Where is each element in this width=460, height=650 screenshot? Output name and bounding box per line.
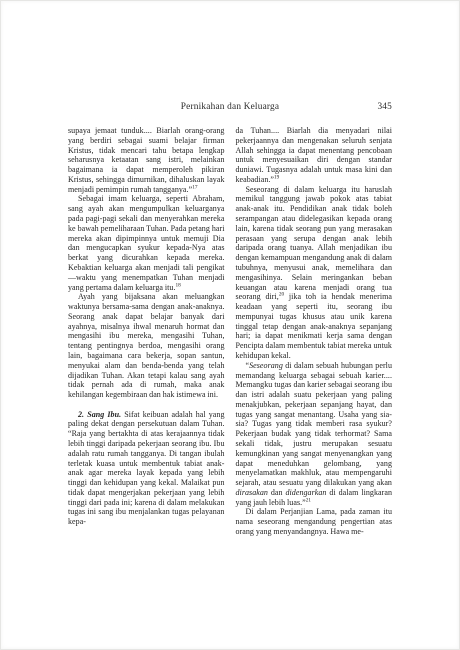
text-columns: supaya jemaat tunduk.... Biarlah orang-o…	[68, 126, 392, 537]
paragraph-right-4: Di dalam Perjanjian Lama, pada zaman itu…	[236, 507, 393, 536]
paragraph-text: dan	[268, 488, 286, 497]
paragraph-text: Ayah yang bijaksana akan meluangkan wakt…	[68, 292, 225, 399]
paragraph-text: Di dalam Perjanjian Lama, pada zaman itu…	[236, 507, 393, 536]
italic-word: Seseorang	[249, 361, 283, 370]
right-column: da Tuhan.... Biarlah dia menyadari nilai…	[236, 126, 393, 537]
footnote-ref-19: 19	[274, 174, 279, 180]
paragraph-text: Sifat keibuan adalah hal yang paling dek…	[68, 410, 225, 527]
paragraph-left-3: Ayah yang bijaksana akan meluangkan wakt…	[68, 292, 225, 400]
paragraph-right-2: Seseorang di dalam keluarga itu haruslah…	[236, 185, 393, 361]
left-column: supaya jemaat tunduk.... Biarlah orang-o…	[68, 126, 225, 537]
page-header: Pernikahan dan Keluarga 345	[68, 101, 392, 113]
running-head-title: Pernikahan dan Keluarga	[181, 102, 279, 112]
paragraph-text: di dalam sebuah hubungan perlu memandang…	[236, 361, 393, 487]
paragraph-right-3: “Seseorang di dalam sebuah hubungan perl…	[236, 361, 393, 508]
footnote-ref-17: 17	[192, 184, 197, 190]
paragraph-text: da Tuhan.... Biarlah dia menyadari nilai…	[236, 126, 393, 184]
page-number: 345	[377, 101, 392, 113]
paragraph-text: supaya jemaat tunduk.... Biarlah orang-o…	[68, 126, 225, 194]
italic-word: dirasakan	[236, 488, 268, 497]
section-heading-sang-ibu: 2. Sang Ibu.	[78, 410, 121, 419]
italic-word: didengarkan	[285, 488, 326, 497]
paragraph-left-1: supaya jemaat tunduk.... Biarlah orang-o…	[68, 126, 225, 194]
paragraph-left-2: Sebagai imam keluarga, seperti Abraham, …	[68, 194, 225, 292]
footnote-ref-18: 18	[176, 282, 181, 288]
paragraph-left-4: 2. Sang Ibu. Sifat keibuan adalah hal ya…	[68, 410, 225, 527]
paragraph-text: Seseorang di dalam keluarga itu haruslah…	[236, 185, 393, 302]
paragraph-text: jika toh ia hendak menerima keadaan yang…	[236, 292, 393, 360]
footnote-ref-21: 21	[306, 497, 311, 503]
paragraph-text: Sebagai imam keluarga, seperti Abraham, …	[68, 194, 225, 291]
book-page: Pernikahan dan Keluarga 345 supaya jemaa…	[0, 0, 460, 650]
paragraph-right-1: da Tuhan.... Biarlah dia menyadari nilai…	[236, 126, 393, 185]
